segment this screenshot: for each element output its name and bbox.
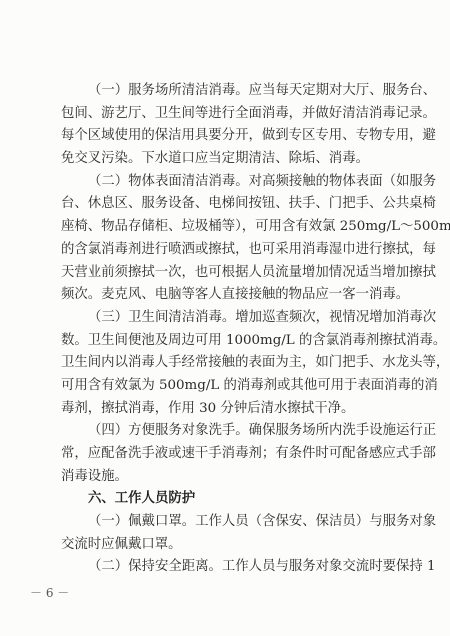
paragraph-line: （二）保持安全距离。工作人员与服务对象交流时要保持 1 [61,556,403,579]
paragraph-line: 消毒设施。 [61,466,403,489]
paragraph-line: （四）方便服务对象洗手。确保服务场所内洗手设施运行正 [61,420,403,443]
paragraph-line: 免交叉污染。下水道口应当定期清洁、除垢、消毒。 [61,148,403,171]
paragraph-line: （三）卫生间清洁消毒。增加巡查频次，视情况增加消毒次 [61,307,403,330]
section-heading: 六、工作人员防护 [61,488,403,511]
paragraph-line: 常，应配备洗手液或速干手消毒剂；有条件时可配备感应式手部 [61,443,403,466]
document-page: （一）服务场所清洁消毒。应当每天定期对大厅、服务台、 包间、游艺厅、卫生间等进行… [0,0,450,636]
paragraph-line: 座椅、物品存储柜、垃圾桶等），可用含有效氯 250mg/L～500mg/L [61,216,403,239]
paragraph-line: 毒剂，擦拭消毒，作用 30 分钟后清水擦拭干净。 [61,398,403,421]
paragraph-line: 可用含有效氯为 500mg/L 的消毒剂或其他可用于表面消毒的消 [61,375,403,398]
paragraph-line: （一）佩戴口罩。工作人员（含保安、保洁员）与服务对象 [61,511,403,534]
paragraph-line: 包间、游艺厅、卫生间等进行全面消毒，并做好清洁消毒记录。 [61,103,403,126]
document-body: （一）服务场所清洁消毒。应当每天定期对大厅、服务台、 包间、游艺厅、卫生间等进行… [61,80,403,579]
paragraph-line: 每个区域使用的保洁用具要分开，做到专区专用、专物专用，避 [61,125,403,148]
paragraph-line: 台、休息区、服务设备、电梯间按钮、扶手、门把手、公共桌椅 [61,193,403,216]
paragraph-line: 天营业前须擦拭一次，也可根据人员流量增加情况适当增加擦拭 [61,262,403,285]
page-number: － 6 － [30,584,69,601]
paragraph-line: 卫生间内以消毒人手经常接触的表面为主，如门把手、水龙头等， [61,352,403,375]
paragraph-line: 数。卫生间便池及周边可用 1000mg/L 的含氯消毒剂擦拭消毒。 [61,330,403,353]
paragraph-line: 交流时应佩戴口罩。 [61,534,403,557]
paragraph-line: 的含氯消毒剂进行喷洒或擦拭，也可采用消毒湿巾进行擦拭，每 [61,239,403,262]
paragraph-line: （一）服务场所清洁消毒。应当每天定期对大厅、服务台、 [61,80,403,103]
paragraph-line: 频次。麦克风、电脑等客人直接接触的物品应一客一消毒。 [61,284,403,307]
paragraph-line: （二）物体表面清洁消毒。对高频接触的物体表面（如服务 [61,171,403,194]
